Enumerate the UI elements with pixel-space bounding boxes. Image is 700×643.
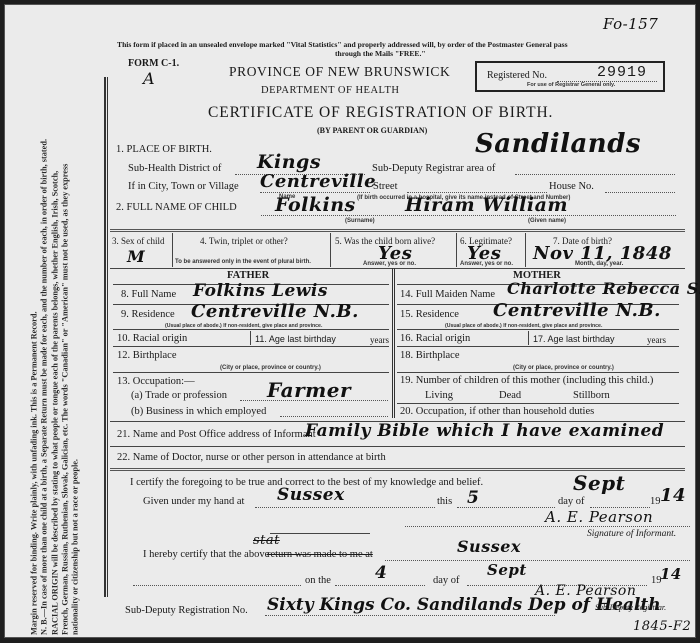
father-residence-label: 9. Residence [121, 309, 175, 320]
row-divider [397, 403, 679, 404]
mother-age-label: 17. Age last birthday [533, 334, 615, 344]
margin-note: N. B.—In case of more than one child at … [40, 15, 50, 635]
grid-line [525, 233, 526, 267]
registered-no-value[interactable]: 29919 [597, 64, 647, 81]
binding-margin: Margin reserved for binding. Write plain… [5, 5, 105, 639]
dotted-line [255, 507, 435, 508]
street-label: Street [373, 181, 398, 192]
sub-health-district-value[interactable]: Kings [257, 151, 321, 173]
insertion-line [270, 533, 370, 534]
father-racial-origin-label: 10. Racial origin [117, 333, 187, 344]
row-divider [397, 372, 679, 373]
archive-reference-bottom: 1845-F2 [633, 619, 691, 634]
section-divider [110, 229, 685, 232]
house-no-label: House No. [549, 181, 594, 192]
doctor-label: 22. Name of Doctor, nurse or other perso… [117, 452, 386, 463]
sex-value[interactable]: M [127, 247, 145, 266]
postal-notice-line2: through the Mails "FREE." [335, 49, 426, 58]
form-number: FORM C-1. [128, 58, 179, 69]
mother-maiden-name-label: 14. Full Maiden Name [400, 289, 495, 300]
city-town-village-label: If in City, Town or Village [128, 181, 239, 192]
father-occupation-label: 13. Occupation:— [117, 376, 195, 387]
city-town-village-value[interactable]: Centreville [260, 171, 376, 192]
father-trade-value[interactable]: Farmer [267, 378, 351, 402]
birth-certificate: Margin reserved for binding. Write plain… [4, 4, 696, 638]
mother-birthplace-note: (City or place, province or country.) [513, 365, 614, 371]
father-birthplace-label: 12. Birthplace [117, 350, 176, 361]
province-heading: PROVINCE OF NEW BRUNSWICK [229, 64, 450, 80]
mother-dead-label: Dead [499, 390, 521, 401]
informant-value[interactable]: Family Bible which I have examined [305, 421, 664, 441]
date-of-birth-note: Month, day, year. [575, 261, 623, 267]
grid-line [456, 233, 457, 267]
cert-year-prefix: 19 [650, 496, 661, 507]
inserted-text: stat [253, 533, 280, 548]
row-divider [113, 329, 389, 330]
mother-racial-origin-label: 16. Racial origin [400, 333, 470, 344]
row-divider [397, 329, 679, 330]
margin-notes: Margin reserved for binding. Write plain… [29, 15, 80, 635]
registrar-month-value[interactable]: Sept [487, 561, 527, 579]
mother-maiden-name-value[interactable]: Charlotte Rebecca Shaw [507, 279, 700, 298]
registration-no-label: Sub-Deputy Registration No. [125, 605, 248, 616]
struck-text: return was made to me at [267, 549, 373, 560]
father-years-label: years [370, 335, 389, 345]
given-name-note: (Given name) [528, 218, 566, 224]
archive-reference: Fo-157 [603, 15, 658, 33]
informant-label: 21. Name and Post Office address of Info… [117, 429, 316, 440]
mother-residence-value[interactable]: Centreville N.B. [493, 300, 661, 321]
born-alive-note: Answer, yes or no. [363, 261, 416, 267]
place-of-birth-heading: 1. PLACE OF BIRTH. [116, 144, 212, 155]
grid-line [172, 233, 173, 267]
dotted-line [280, 416, 388, 417]
mother-living-label: Living [425, 390, 453, 401]
margin-note: nationality or citizenship but not a rac… [70, 15, 80, 635]
registrar-statement: I hereby certify that the above [143, 549, 269, 560]
child-given-name-value[interactable]: Hiram William [405, 194, 568, 216]
sub-deputy-area-label: Sub-Deputy Registrar area of [372, 163, 495, 174]
child-full-name-label: 2. FULL NAME OF CHILD [116, 202, 237, 213]
sub-deputy-registrar-label: Sub-Deputy Registrar. [595, 603, 666, 612]
father-birthplace-note: (City or place, province or country.) [220, 365, 321, 371]
legitimate-note: Answer, yes or no. [460, 261, 513, 267]
department-heading: DEPARTMENT OF HEALTH [261, 85, 400, 96]
dotted-line [605, 192, 675, 193]
dotted-line [265, 615, 555, 616]
twin-label: 4. Twin, triplet or other? [200, 236, 288, 246]
informant-signature-label: Signature of Informant. [587, 529, 676, 539]
father-heading: FATHER [227, 270, 269, 281]
registrar-day-of-label: day of [433, 575, 460, 586]
grid-line [250, 331, 251, 345]
row-divider [397, 346, 679, 347]
registered-no-note: For use of Registrar General only. [527, 82, 615, 88]
form-handwritten-mark: A [143, 69, 155, 88]
grid-line [330, 233, 331, 267]
dotted-line [260, 192, 370, 193]
grid-line [528, 331, 529, 345]
section-divider [110, 446, 685, 447]
father-full-name-label: 8. Full Name [121, 289, 176, 300]
registrar-day-value[interactable]: 4 [375, 563, 387, 583]
surname-note: (Surname) [345, 218, 375, 224]
sex-label: 3. Sex of child [112, 236, 165, 246]
dotted-line [335, 585, 425, 586]
margin-rule [104, 77, 108, 597]
margin-note: RACIAL ORIGIN will be described by stati… [50, 15, 60, 635]
dotted-line [515, 174, 675, 175]
parents-column-divider [392, 268, 395, 418]
informant-signature[interactable]: A. E. Pearson [545, 508, 653, 526]
twin-note: To be answered only in the event of plur… [175, 259, 311, 265]
sub-deputy-area-value[interactable]: Sandilands [475, 129, 641, 159]
cert-day-of-label: day of [558, 496, 585, 507]
father-full-name-value[interactable]: Folkins Lewis [193, 281, 328, 301]
on-the-label: on the [305, 575, 331, 586]
cert-day-value[interactable]: 5 [467, 488, 479, 508]
dotted-line [385, 560, 690, 561]
dotted-line [133, 585, 301, 586]
row-divider [113, 372, 389, 373]
child-surname-value[interactable]: Folkins [275, 194, 356, 216]
father-residence-value[interactable]: Centreville N.B. [191, 301, 359, 322]
mother-residence-label: 15. Residence [400, 309, 459, 320]
this-label: this [437, 496, 452, 507]
given-at-value[interactable]: Sussex [277, 485, 345, 505]
registrar-place-value[interactable]: Sussex [457, 537, 521, 556]
registrar-year-value[interactable]: 14 [660, 565, 682, 583]
registered-number-box: Registered No. 29919 For use of Registra… [475, 61, 665, 92]
section-divider [110, 268, 685, 269]
mother-stillborn-label: Stillborn [573, 390, 610, 401]
postal-notice-line1: This form if placed in an unsealed envel… [117, 40, 568, 49]
margin-note: Margin reserved for binding. Write plain… [29, 15, 39, 635]
given-at-label: Given under my hand at [143, 496, 244, 507]
certificate-title: CERTIFICATE OF REGISTRATION OF BIRTH. [208, 104, 553, 122]
father-trade-label: (a) Trade or profession [131, 390, 227, 401]
dotted-line [405, 526, 690, 527]
mother-years-label: years [647, 335, 666, 345]
mother-children-label: 19. Number of children of this mother (i… [400, 375, 653, 386]
cert-month-value[interactable]: Sept [573, 471, 625, 495]
sub-health-district-label: Sub-Health District of [128, 163, 221, 174]
margin-note: French, German, Russian, Ruthenian, Slov… [60, 15, 70, 635]
row-divider [113, 346, 389, 347]
registered-no-label: Registered No. [487, 70, 547, 81]
mother-birthplace-label: 18. Birthplace [400, 350, 459, 361]
certificate-subtitle: (BY PARENT OR GUARDIAN) [317, 126, 427, 135]
mother-occupation-label: 20. Occupation, if other than household … [400, 406, 594, 417]
father-business-label: (b) Business in which employed [131, 406, 266, 417]
dotted-line [407, 192, 547, 193]
father-age-label: 11. Age last birthday [255, 334, 336, 344]
cert-year-value[interactable]: 14 [660, 485, 686, 506]
